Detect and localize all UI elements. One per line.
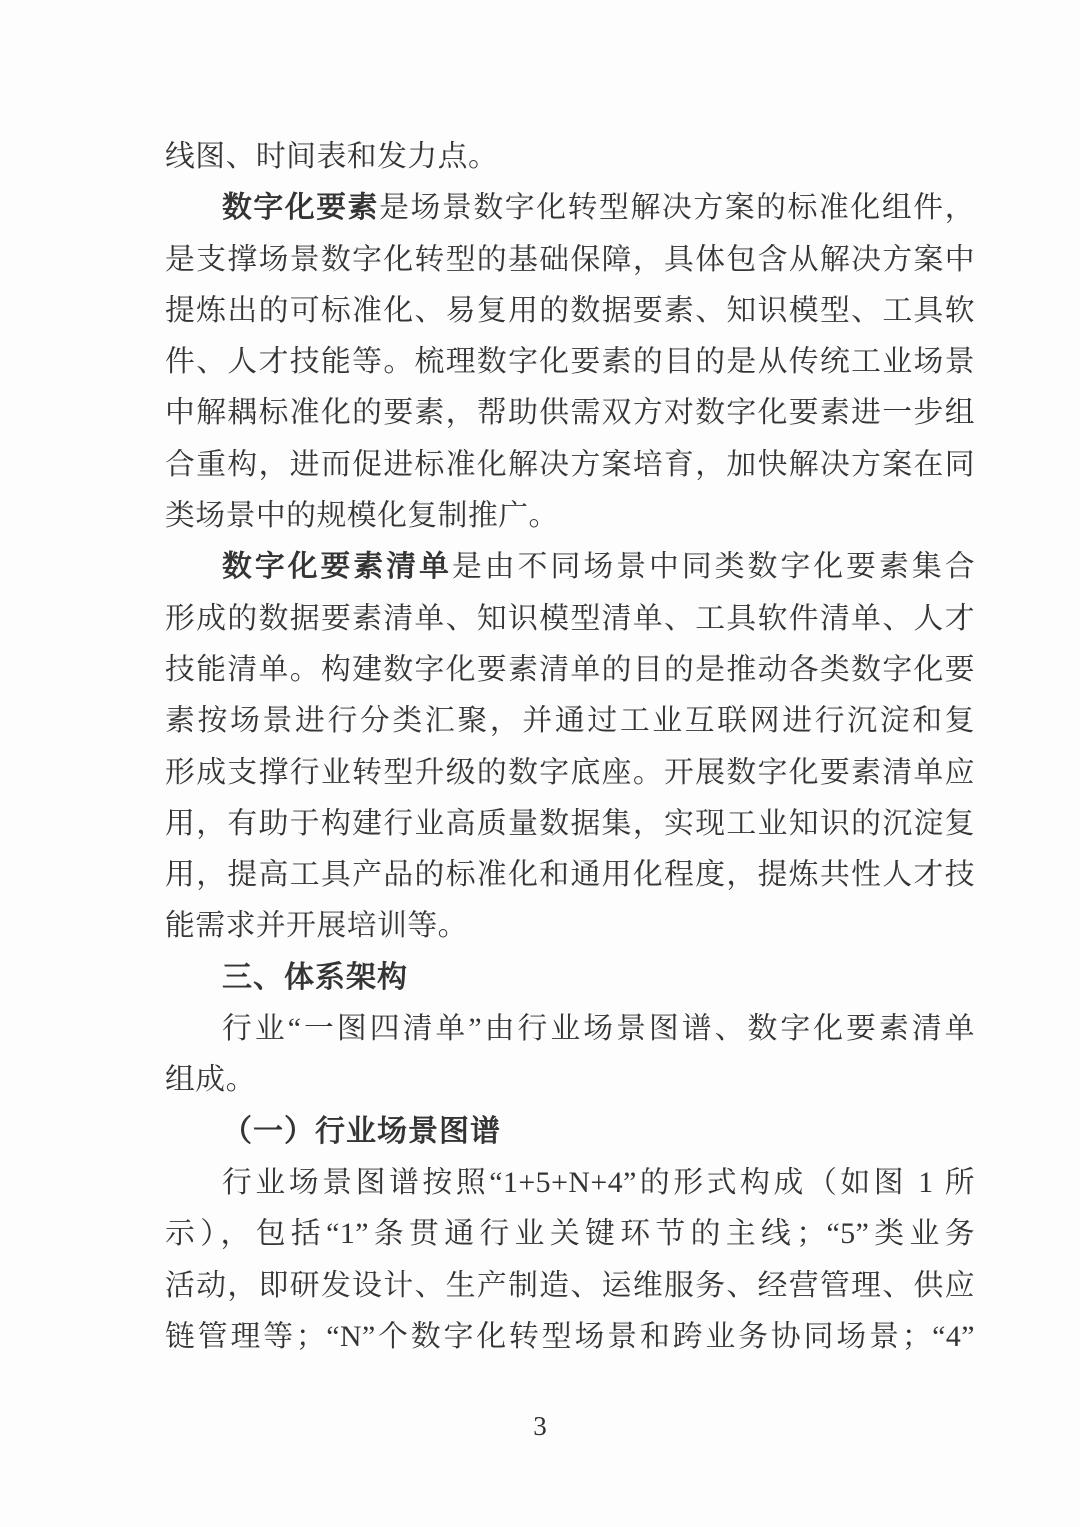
line-text: 示），包括“1”条贯通行业关键环节的主线；“5”类业务: [165, 1217, 975, 1250]
text-line: 形成的数据要素清单、知识模型清单、工具软件清单、人才: [165, 593, 975, 644]
line-text: 是场景数字化转型解决方案的标准化组件，: [379, 191, 975, 224]
line-text: 素按场景进行分类汇聚，并通过工业互联网进行沉淀和复用，: [165, 704, 975, 746]
document-page: 线图、时间表和发力点。 数字化要素是场景数字化转型解决方案的标准化组件， 是支撑…: [0, 0, 1080, 1527]
text-line: 合重构，进而促进标准化解决方案培育，加快解决方案在同: [165, 439, 975, 490]
subsection-heading-scene-map: （一）行业场景图谱: [165, 1106, 975, 1157]
line-text: 形成支撑行业转型升级的数字底座。开展数字化要素清单应: [165, 756, 975, 789]
bold-term-digital-element-list: 数字化要素清单: [222, 550, 452, 583]
paragraph-end-line: 组成。: [165, 1054, 975, 1105]
text-line: 提炼出的可标准化、易复用的数据要素、知识模型、工具软: [165, 285, 975, 336]
text-line: 链管理等；“N”个数字化转型场景和跨业务协同场景；“4”: [165, 1311, 975, 1362]
heading-text: （一）行业场景图谱: [222, 1115, 501, 1148]
line-text: 用，有助于构建行业高质量数据集，实现工业知识的沉淀复: [165, 807, 975, 840]
line-text: 行业“一图四清单”由行业场景图谱、数字化要素清单: [222, 1012, 975, 1045]
paragraph-end-line: 能需求并开展培训等。: [165, 900, 975, 951]
paragraph-end-line: 类场景中的规模化复制推广。: [165, 490, 975, 541]
paragraph-start-line: 行业场景图谱按照“1+5+N+4”的形式构成（如图 1 所: [165, 1157, 975, 1208]
bold-term-digital-elements: 数字化要素: [222, 191, 379, 224]
line-text: 类场景中的规模化复制推广。: [165, 499, 559, 532]
line-text: 链管理等；“N”个数字化转型场景和跨业务协同场景；“4”: [165, 1320, 975, 1353]
text-line: 用，提高工具产品的标准化和通用化程度，提炼共性人才技: [165, 849, 975, 900]
line-text: 中解耦标准化的要素，帮助供需双方对数字化要素进一步组: [165, 396, 975, 429]
line-text: 用，提高工具产品的标准化和通用化程度，提炼共性人才技: [165, 858, 975, 891]
text-line: 活动，即研发设计、生产制造、运维服务、经营管理、供应: [165, 1260, 975, 1311]
text-line: 技能清单。构建数字化要素清单的目的是推动各类数字化要: [165, 644, 975, 695]
line-text: 能需求并开展培训等。: [165, 909, 468, 942]
line-text: 件、人才技能等。梳理数字化要素的目的是从传统工业场景: [165, 345, 975, 378]
line-text: 技能清单。构建数字化要素清单的目的是推动各类数字化要: [165, 653, 975, 686]
line-text: 提炼出的可标准化、易复用的数据要素、知识模型、工具软: [165, 294, 975, 327]
text-line: 是支撑场景数字化转型的基础保障，具体包含从解决方案中: [165, 234, 975, 285]
heading-text: 三、体系架构: [222, 961, 408, 994]
line-text: 线图、时间表和发力点。: [165, 140, 498, 173]
line-text: 形成的数据要素清单、知识模型清单、工具软件清单、人才: [165, 602, 975, 635]
line-text: 是由不同场景中同类数字化要素集合: [452, 550, 975, 583]
line-text: 活动，即研发设计、生产制造、运维服务、经营管理、供应: [165, 1269, 975, 1302]
text-line: 线图、时间表和发力点。: [165, 131, 975, 182]
text-line: 素按场景进行分类汇聚，并通过工业互联网进行沉淀和复用，: [165, 695, 975, 746]
line-text: 是支撑场景数字化转型的基础保障，具体包含从解决方案中: [165, 243, 975, 276]
paragraph-start-line: 数字化要素清单是由不同场景中同类数字化要素集合: [165, 541, 975, 592]
line-text: 行业场景图谱按照“1+5+N+4”的形式构成（如图 1 所: [222, 1166, 975, 1199]
text-line: 用，有助于构建行业高质量数据集，实现工业知识的沉淀复: [165, 798, 975, 849]
page-number: 3: [0, 1410, 1080, 1442]
section-heading-architecture: 三、体系架构: [165, 952, 975, 1003]
paragraph-start-line: 数字化要素是场景数字化转型解决方案的标准化组件，: [165, 182, 975, 233]
text-line: 示），包括“1”条贯通行业关键环节的主线；“5”类业务: [165, 1208, 975, 1259]
line-text: 合重构，进而促进标准化解决方案培育，加快解决方案在同: [165, 448, 975, 481]
text-line: 件、人才技能等。梳理数字化要素的目的是从传统工业场景: [165, 336, 975, 387]
text-line: 形成支撑行业转型升级的数字底座。开展数字化要素清单应: [165, 747, 975, 798]
text-line: 中解耦标准化的要素，帮助供需双方对数字化要素进一步组: [165, 387, 975, 438]
paragraph-start-line: 行业“一图四清单”由行业场景图谱、数字化要素清单: [165, 1003, 975, 1054]
document-body-text: 线图、时间表和发力点。 数字化要素是场景数字化转型解决方案的标准化组件， 是支撑…: [165, 131, 975, 1362]
line-text: 组成。: [165, 1063, 256, 1096]
